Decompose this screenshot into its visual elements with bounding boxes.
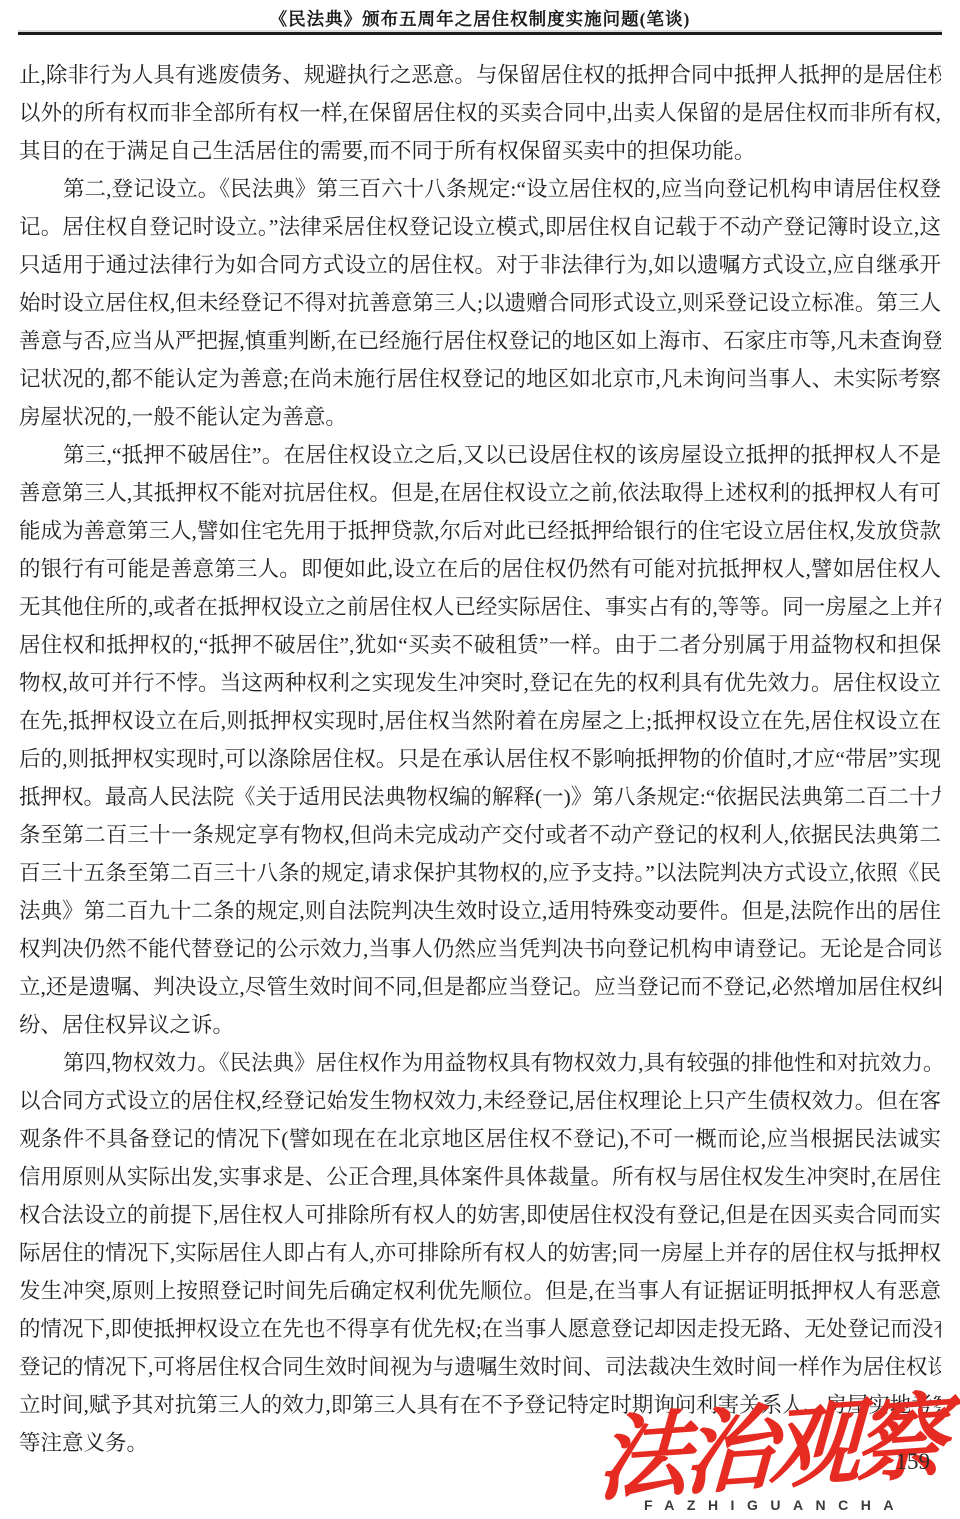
text-line: 权判决仍然不能代替登记的公示效力,当事人仍然应当凭判决书向登记机构申请登记。无论… — [19, 930, 941, 968]
paragraph-third-point: 第三,“抵押不破居住”。在居住权设立之后,又以已设居住权的该房屋设立抵押的抵押权… — [19, 436, 941, 1044]
text-line: 际居住的情况下,实际居住人即占有人,亦可排除所有权人的妨害;同一房屋上并存的居住… — [19, 1234, 941, 1272]
text-line: 第二,登记设立。《民法典》第三百六十八条规定:“设立居住权的,应当向登记机构申请… — [19, 170, 941, 208]
text-line: 等注意义务。 — [19, 1424, 941, 1462]
text-line: 法典》第二百九十二条的规定,则自法院判决生效时设立,适用特殊变动要件。但是,法院… — [19, 892, 941, 930]
text-line: 的情况下,即使抵押权设立在先也不得享有优先权;在当事人愿意登记却因走投无路、无处… — [19, 1310, 941, 1348]
text-line: 第四,物权效力。《民法典》居住权作为用益物权具有物权效力,具有较强的排他性和对抗… — [19, 1044, 941, 1082]
paragraph-continuation: 止,除非行为人具有逃废债务、规避执行之恶意。与保留居住权的抵押合同中抵押人抵押的… — [19, 56, 941, 170]
text-line: 其目的在于满足自己生活居住的需要,而不同于所有权保留买卖中的担保功能。 — [19, 132, 941, 170]
text-line: 止,除非行为人具有逃废债务、规避执行之恶意。与保留居住权的抵押合同中抵押人抵押的… — [19, 56, 941, 94]
journal-logo-latin: FAZHIGUANCHA — [584, 1497, 954, 1513]
journal-page: 《民法典》颁布五周年之居住权制度实施问题(笔谈) 止,除非行为人具有逃废债务、规… — [0, 0, 960, 1519]
page-number: 159 — [896, 1449, 931, 1475]
text-line: 的银行有可能是善意第三人。即便如此,设立在后的居住权仍然有可能对抗抵押权人,譬如… — [19, 550, 941, 588]
text-line: 只适用于通过法律行为如合同方式设立的居住权。对于非法律行为,如以遗嘱方式设立,应… — [19, 246, 941, 284]
text-line: 在先,抵押权设立在后,则抵押权实现时,居住权当然附着在房屋之上;抵押权设立在先,… — [19, 702, 941, 740]
text-line: 能成为善意第三人,譬如住宅先用于抵押贷款,尔后对此已经抵押给银行的住宅设立居住权… — [19, 512, 941, 550]
text-line: 记状况的,都不能认定为善意;在尚未施行居住权登记的地区如北京市,凡未询问当事人、… — [19, 360, 941, 398]
text-line: 物权,故可并行不悖。当这两种权利之实现发生冲突时,登记在先的权利具有优先效力。居… — [19, 664, 941, 702]
text-line: 以外的所有权而非全部所有权一样,在保留居住权的买卖合同中,出卖人保留的是居住权而… — [19, 94, 941, 132]
text-line: 登记的情况下,可将居住权合同生效时间视为与遗嘱生效时间、司法裁决生效时间一样作为… — [19, 1348, 941, 1386]
page-header-title: 《民法典》颁布五周年之居住权制度实施问题(笔谈) — [0, 6, 960, 31]
text-line: 权合法设立的前提下,居住权人可排除所有权人的妨害,即使居住权没有登记,但是在因买… — [19, 1196, 941, 1234]
text-line: 无其他住所的,或者在抵押权设立之前居住权人已经实际居住、事实占有的,等等。同一房… — [19, 588, 941, 626]
text-line: 立,还是遗嘱、判决设立,尽管生效时间不同,但是都应当登记。应当登记而不登记,必然… — [19, 968, 941, 1006]
text-line: 条至第二百三十一条规定享有物权,但尚未完成动产交付或者不动产登记的权利人,依据民… — [19, 816, 941, 854]
text-line: 后的,则抵押权实现时,可以涤除居住权。只是在承认居住权不影响抵押物的价值时,才应… — [19, 740, 941, 778]
text-line: 第三,“抵押不破居住”。在居住权设立之后,又以已设居住权的该房屋设立抵押的抵押权… — [19, 436, 941, 474]
text-line: 房屋状况的,一般不能认定为善意。 — [19, 398, 941, 436]
text-line: 信用原则从实际出发,实事求是、公正合理,具体案件具体裁量。所有权与居住权发生冲突… — [19, 1158, 941, 1196]
text-line: 发生冲突,原则上按照登记时间先后确定权利优先顺位。但是,在当事人有证据证明抵押权… — [19, 1272, 941, 1310]
text-line: 记。居住权自登记时设立。”法律采居住权登记设立模式,即居住权自记载于不动产登记簿… — [19, 208, 941, 246]
paragraph-second-point: 第二,登记设立。《民法典》第三百六十八条规定:“设立居住权的,应当向登记机构申请… — [19, 170, 941, 436]
text-line: 善意与否,应当从严把握,慎重判断,在已经施行居住权登记的地区如上海市、石家庄市等… — [19, 322, 941, 360]
text-line: 抵押权。最高人民法院《关于适用民法典物权编的解释(一)》第八条规定:“依据民法典… — [19, 778, 941, 816]
header-divider — [18, 32, 942, 35]
paragraph-fourth-point: 第四,物权效力。《民法典》居住权作为用益物权具有物权效力,具有较强的排他性和对抗… — [19, 1044, 941, 1462]
article-body: 止,除非行为人具有逃废债务、规避执行之恶意。与保留居住权的抵押合同中抵押人抵押的… — [19, 56, 941, 1462]
text-line: 居住权和抵押权的,“抵押不破居住”,犹如“买卖不破租赁”一样。由于二者分别属于用… — [19, 626, 941, 664]
text-line: 始时设立居住权,但未经登记不得对抗善意第三人;以遗赠合同形式设立,则采登记设立标… — [19, 284, 941, 322]
text-line: 纷、居住权异议之诉。 — [19, 1006, 941, 1044]
text-line: 观条件不具备登记的情况下(譬如现在在北京地区居住权不登记),不可一概而论,应当根… — [19, 1120, 941, 1158]
text-line: 善意第三人,其抵押权不能对抗居住权。但是,在居住权设立之前,依法取得上述权利的抵… — [19, 474, 941, 512]
text-line: 立时间,赋予其对抗第三人的效力,即第三人具有在不予登记特定时期询问利害关系人、房… — [19, 1386, 941, 1424]
text-line: 以合同方式设立的居住权,经登记始发生物权效力,未经登记,居住权理论上只产生债权效… — [19, 1082, 941, 1120]
text-line: 百三十五条至第二百三十八条的规定,请求保护其物权的,应予支持。”以法院判决方式设… — [19, 854, 941, 892]
